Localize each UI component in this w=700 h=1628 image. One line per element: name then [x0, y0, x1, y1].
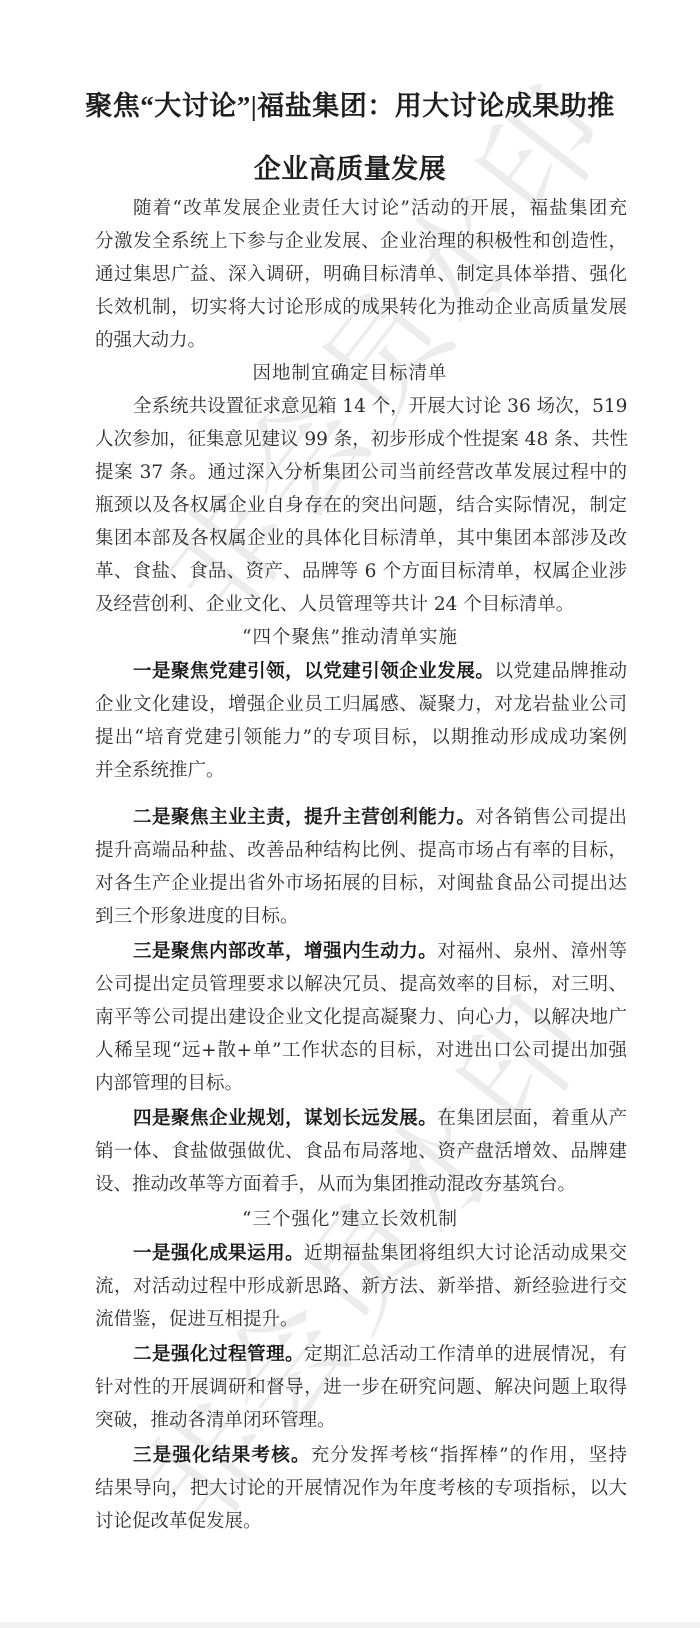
paragraph-line: 全系统共设置征求意见箱 14 个，开展大讨论 36 场次，519 [133, 395, 627, 419]
paragraph-text: 定期汇总活动工作清单的进展情况，有 [304, 1344, 627, 1365]
paragraph-line: 四是聚焦企业规划，谋划长远发展。在集团层面，着重从产 [133, 1107, 627, 1131]
paragraph-line: 提出“培育党建引领能力”的专项目标，以期推动形成成功案例 [95, 726, 627, 750]
intro-line: 长效机制，切实将大讨论形成的成果转化为推动企业高质量发展 [95, 296, 627, 320]
paragraph-line: 内部管理的目标。 [95, 1072, 627, 1096]
paragraph-text: 对福州、泉州、漳州等 [437, 941, 627, 962]
paragraph-line: 公司提出定员管理要求以解决冗员、提高效率的目标，对三明、 [95, 973, 627, 997]
intro-line: 随着“改革发展企业责任大讨论”活动的开展，福盐集团充 [133, 197, 627, 221]
section-heading: 因地制宜确定目标清单 [0, 362, 700, 386]
paragraph-line: 流，对活动过程中形成新思路、新方法、新举措、新经验进行交 [95, 1275, 627, 1299]
paragraph-text: 以党建品牌推动 [494, 661, 627, 682]
paragraph-line: 三是强化结果考核。充分发挥考核“指挥棒”的作用，坚持 [133, 1444, 627, 1468]
paragraph-line: 人次参加，征集意见建议 99 条，初步形成个性提案 48 条、共性 [95, 428, 627, 452]
paragraph-line: 并全系统推广。 [95, 759, 627, 783]
paragraph-line: 南平等公司提出建设企业文化提高凝聚力、向心力，以解决地广 [95, 1006, 627, 1030]
paragraph-line: 及经营创利、企业文化、人员管理等共计 24 个目标清单。 [95, 593, 627, 617]
paragraph-line: 到三个形象进度的目标。 [95, 905, 627, 929]
paragraph-lead: 二是强化过程管理。 [133, 1344, 304, 1365]
section-heading: “四个聚焦”推动清单实施 [0, 626, 700, 650]
paragraph-lead: 二是聚焦主业主责，提升主营创利能力。 [133, 807, 475, 828]
paragraph-line: 销一体、食盐做强做优、食品布局落地、资产盘活增效、品牌建 [95, 1140, 627, 1164]
paragraph-line: 集团本部及各权属企业的具体化目标清单，其中集团本部涉及改 [95, 527, 627, 551]
paragraph-text: 对各销售公司提出 [475, 807, 627, 828]
paragraph-text: 在集团层面，着重从产 [437, 1108, 627, 1129]
paragraph-line: 企业文化建设，增强企业员工归属感、凝聚力，对龙岩盐业公司 [95, 693, 627, 717]
paragraph-line: 结果导向，把大讨论的开展情况作为年度考核的专项指标，以大 [95, 1477, 627, 1501]
paragraph-line: 瓶颈以及各权属企业自身存在的突出问题，结合实际情况，制定 [95, 494, 627, 518]
paragraph-lead: 三是聚焦内部改革，增强内生动力。 [133, 941, 437, 962]
page-bottom-edge [0, 1622, 700, 1628]
paragraph-lead: 三是强化结果考核。 [133, 1445, 311, 1466]
paragraph-line: 提升高端品种盐、改善品种结构比例、提高市场占有率的目标， [95, 839, 627, 863]
paragraph-lead: 一是强化成果运用。 [133, 1243, 304, 1264]
paragraph-lead: 一是聚焦党建引领，以党建引领企业发展。 [133, 661, 494, 682]
paragraph-line: 革、食盐、食品、资产、品牌等 6 个方面目标清单，权属企业涉 [95, 560, 627, 584]
paragraph-line: 提案 37 条。通过深入分析集团公司当前经营改革发展过程中的 [95, 461, 627, 485]
paragraph-line: 二是聚焦主业主责，提升主营创利能力。对各销售公司提出 [133, 806, 627, 830]
intro-line: 分激发全系统上下参与企业发展、企业治理的积极性和创造性， [95, 230, 627, 254]
paragraph-line: 流借鉴，促进互相提升。 [95, 1308, 627, 1332]
paragraph-line: 针对性的开展调研和督导，进一步在研究问题、解决问题上取得 [95, 1376, 627, 1400]
paragraph-text: 近期福盐集团将组织大讨论活动成果交 [304, 1243, 627, 1264]
article-title-line-2: 企业高质量发展 [0, 147, 700, 186]
paragraph-line: 突破，推动各清单闭环管理。 [95, 1409, 627, 1433]
paragraph-line: 一是强化成果运用。近期福盐集团将组织大讨论活动成果交 [133, 1242, 627, 1266]
paragraph-text: 充分发挥考核“指挥棒”的作用，坚持 [311, 1445, 627, 1466]
intro-line: 通过集思广益、深入调研，明确目标清单、制定具体举措、强化 [95, 263, 627, 287]
paragraph-lead: 四是聚焦企业规划，谋划长远发展。 [133, 1108, 437, 1129]
paragraph-line: 设、推动改革等方面着手，从而为集团推动混改夯基筑台。 [95, 1173, 627, 1197]
paragraph-line: 讨论促改革促发展。 [95, 1510, 627, 1534]
paragraph-line: 人稀呈现“远+散+单”工作状态的目标，对进出口公司提出加强 [95, 1039, 627, 1063]
section-heading: “三个强化”建立长效机制 [0, 1208, 700, 1232]
intro-line: 的强大动力。 [95, 329, 627, 353]
paragraph-line: 三是聚焦内部改革，增强内生动力。对福州、泉州、漳州等 [133, 940, 627, 964]
paragraph-line: 一是聚焦党建引领，以党建引领企业发展。以党建品牌推动 [133, 660, 627, 684]
paragraph-line: 对各生产企业提出省外市场拓展的目标，对闽盐食品公司提出达 [95, 872, 627, 896]
document-page: 非会员水印 非会员水印 聚焦“大讨论”|福盐集团：用大讨论成果助推 企业高质量发… [0, 0, 700, 1628]
article-title-line-1: 聚焦“大讨论”|福盐集团：用大讨论成果助推 [0, 84, 700, 123]
paragraph-line: 二是强化过程管理。定期汇总活动工作清单的进展情况，有 [133, 1343, 627, 1367]
